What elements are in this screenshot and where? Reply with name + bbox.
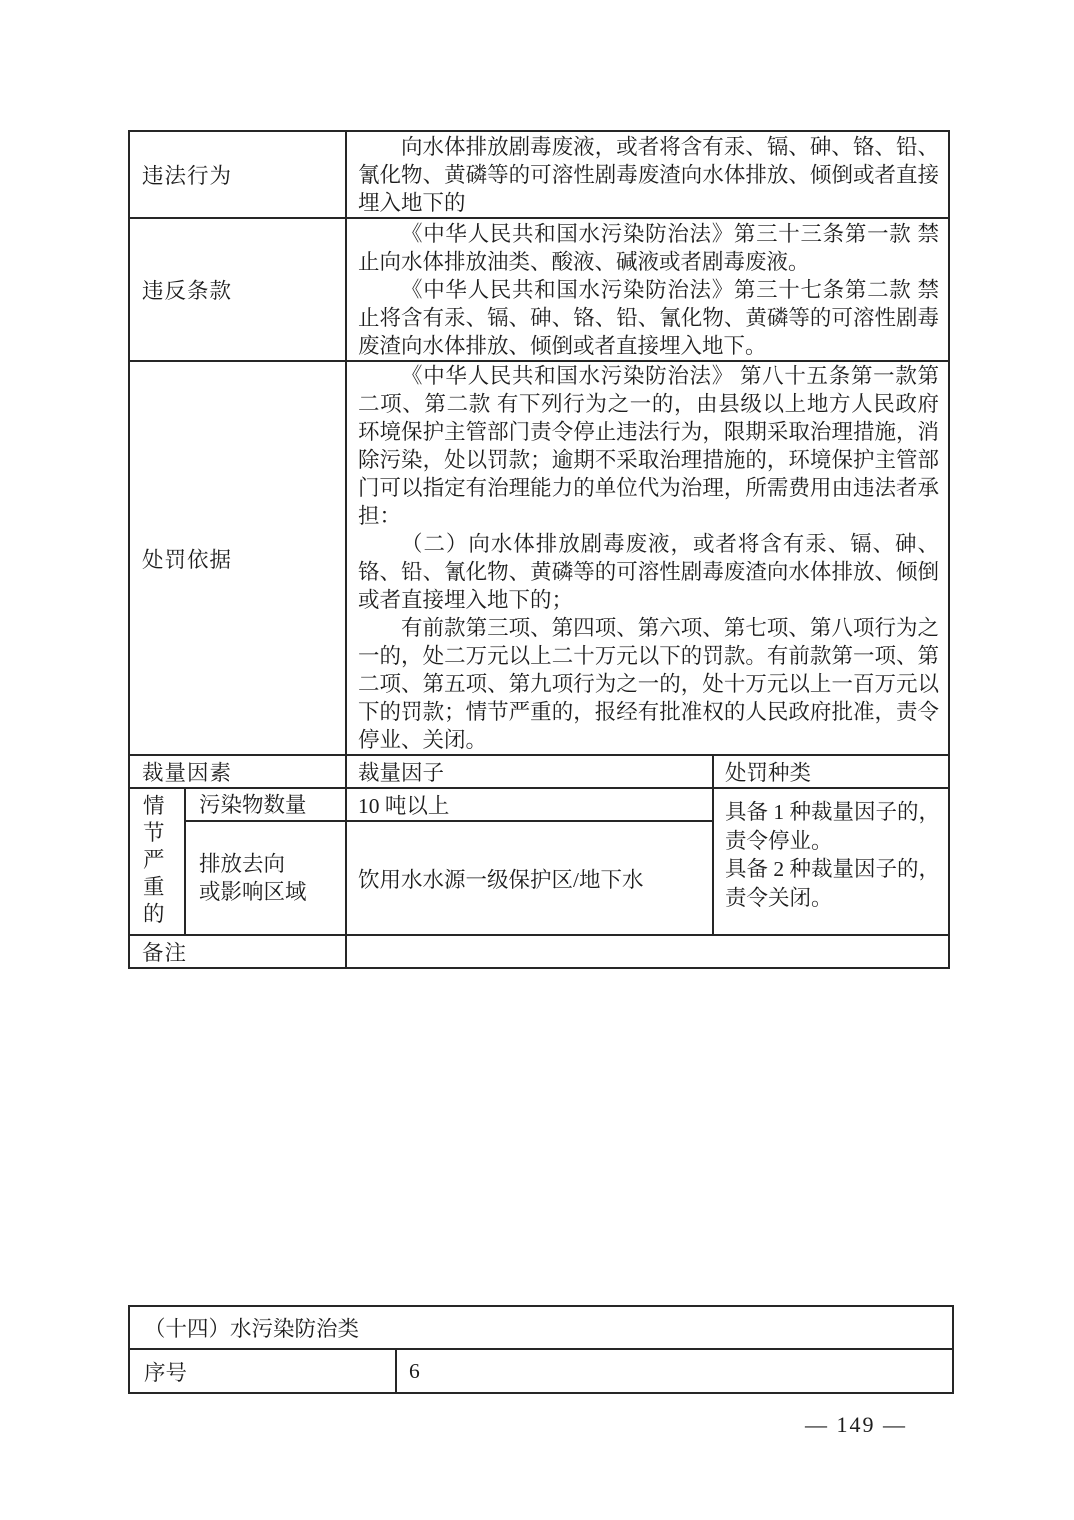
row-illegal-act: 违法行为 向水体排放剧毒废液，或者将含有汞、镉、砷、铬、铅、氰化物、黄磷等的可溶… [129,131,949,218]
violated-clause-label: 违反条款 [129,218,346,361]
factor-category-header: 裁量因素 [129,755,346,788]
pollutant-quantity-label: 污染物数量 [185,788,346,821]
penalty-line: 具备 1 种裁量因子的， [725,798,942,827]
row-serial: 序号 6 [129,1349,953,1393]
penalty-basis-content: 《中华人民共和国水污染防治法》 第八十五条第一款第二项、第二款 有下列行为之一的… [346,361,949,755]
remarks-value [346,935,949,968]
factor-header: 裁量因子 [346,755,713,788]
row-pollutant-quantity: 情节严重的 污染物数量 10 吨以上 具备 1 种裁量因子的， 责令停业。 具备… [129,788,949,821]
penalty-line: 责令停业。 [725,827,942,856]
next-section-table: （十四）水污染防治类 序号 6 [128,1305,954,1394]
pollutant-quantity-value: 10 吨以上 [346,788,713,821]
serial-value: 6 [396,1349,953,1393]
discharge-destination-label-line: 或影响区域 [199,878,345,906]
row-penalty-basis: 处罚依据 《中华人民共和国水污染防治法》 第八十五条第一款第二项、第二款 有下列… [129,361,949,755]
penalty-type-header: 处罚种类 [713,755,949,788]
illegal-act-text: 向水体排放剧毒废液，或者将含有汞、镉、砷、铬、铅、氰化物、黄磷等的可溶性剧毒废渣… [358,133,939,217]
violated-clause-content: 《中华人民共和国水污染防治法》第三十三条第一款 禁止向水体排放油类、酸液、碱液或… [346,218,949,361]
document-page: 违法行为 向水体排放剧毒废液，或者将含有汞、镉、砷、铬、铅、氰化物、黄磷等的可溶… [0,0,1074,1520]
row-section-title: （十四）水污染防治类 [129,1306,953,1349]
penalty-basis-label: 处罚依据 [129,361,346,755]
discharge-destination-label: 排放去向 或影响区域 [185,821,346,935]
remarks-label: 备注 [129,935,346,968]
penalty-line: 责令关闭。 [725,884,942,913]
page-number: — 149 — [790,1412,922,1438]
section-title: （十四）水污染防治类 [129,1306,953,1349]
penalty-line: 具备 2 种裁量因子的， [725,855,942,884]
row-remarks: 备注 [129,935,949,968]
discharge-destination-label-line: 排放去向 [199,850,345,878]
penalty-basis-paragraph: 有前款第三项、第四项、第六项、第七项、第八项行为之一的，处二万元以上二十万元以下… [358,614,939,754]
row-violated-clause: 违反条款 《中华人民共和国水污染防治法》第三十三条第一款 禁止向水体排放油类、酸… [129,218,949,361]
discharge-destination-value: 饮用水水源一级保护区/地下水 [346,821,713,935]
penalty-basis-paragraph: 《中华人民共和国水污染防治法》 第八十五条第一款第二项、第二款 有下列行为之一的… [358,362,939,530]
main-table: 违法行为 向水体排放剧毒废液，或者将含有汞、镉、砷、铬、铅、氰化物、黄磷等的可溶… [128,130,950,969]
serial-label: 序号 [129,1349,396,1393]
violated-clause-paragraph: 《中华人民共和国水污染防治法》第三十七条第二款 禁止将含有汞、镉、砷、铬、铅、氰… [358,276,939,360]
violated-clause-paragraph: 《中华人民共和国水污染防治法》第三十三条第一款 禁止向水体排放油类、酸液、碱液或… [358,220,939,276]
severe-circumstances-cell: 情节严重的 [129,788,185,935]
illegal-act-label: 违法行为 [129,131,346,218]
penalty-basis-paragraph: （二）向水体排放剧毒废液，或者将含有汞、镉、砷、铬、铅、氰化物、黄磷等的可溶性剧… [358,530,939,614]
illegal-act-content: 向水体排放剧毒废液，或者将含有汞、镉、砷、铬、铅、氰化物、黄磷等的可溶性剧毒废渣… [346,131,949,218]
severe-circumstances-label: 情节严重的 [143,793,167,928]
row-factor-header: 裁量因素 裁量因子 处罚种类 [129,755,949,788]
penalty-type-cell: 具备 1 种裁量因子的， 责令停业。 具备 2 种裁量因子的， 责令关闭。 [713,788,949,935]
